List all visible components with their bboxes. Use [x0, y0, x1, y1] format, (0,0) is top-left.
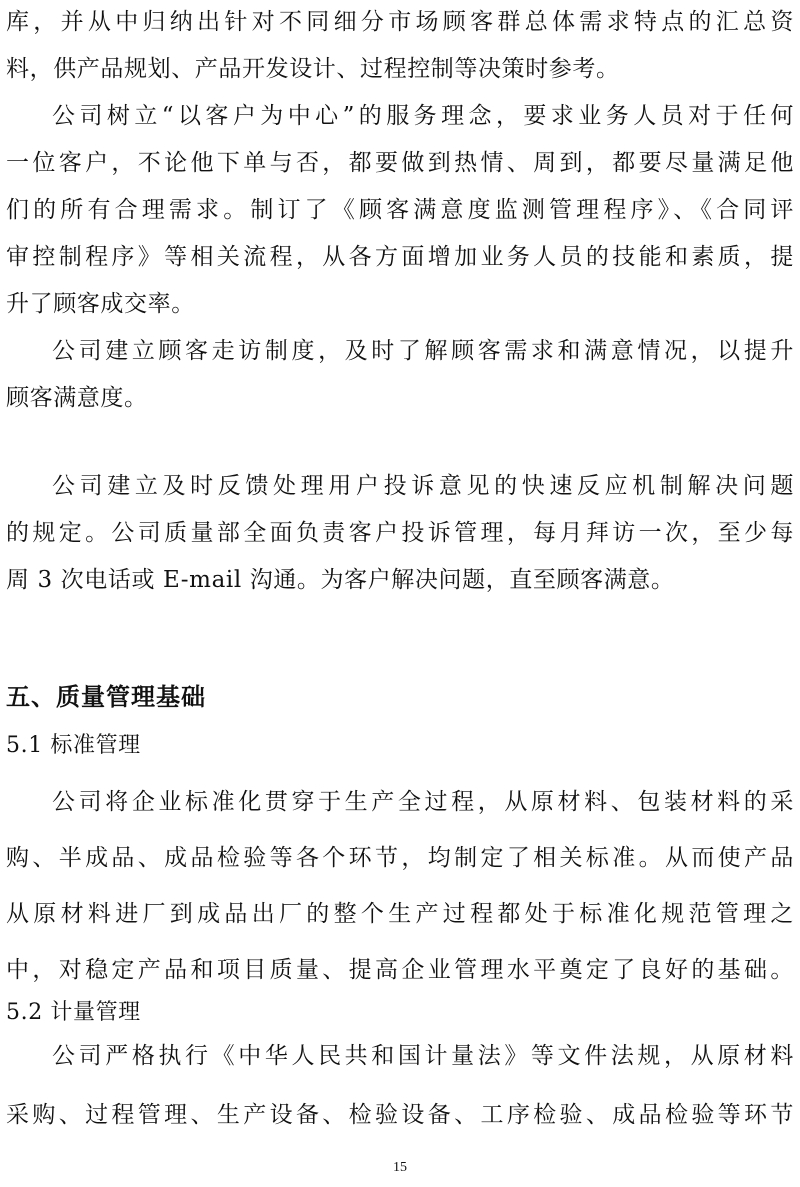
paragraph-line: 公司严格执行《中华人民共和国计量法》等文件法规，从原材料: [52, 1041, 794, 1071]
paragraph-line: 的规定。公司质量部全面负责客户投诉管理，每月拜访一次，至少每: [6, 518, 794, 548]
page-number: 15: [0, 1160, 800, 1176]
section-heading: 五、质量管理基础: [6, 681, 206, 713]
paragraph-line: 采购、过程管理、生产设备、检验设备、工序检验、成品检验等环节: [6, 1100, 794, 1130]
paragraph-line: 料，供产品规划、产品开发设计、过程控制等决策时参考。: [6, 54, 794, 84]
paragraph-line: 公司树立“以客户为中心”的服务理念，要求业务人员对于任何: [52, 101, 794, 131]
paragraph-line: 库，并从中归纳出针对不同细分市场顾客群总体需求特点的汇总资: [6, 7, 794, 37]
paragraph-line: 购、半成品、成品检验等各个环节，均制定了相关标准。从而使产品: [6, 843, 794, 873]
subsection-title: 5.2 计量管理: [6, 998, 794, 1028]
paragraph-line: 中，对稳定产品和项目质量、提高企业管理水平奠定了良好的基础。: [6, 955, 794, 985]
paragraph-line: 升了顾客成交率。: [6, 289, 794, 319]
paragraph-line: 一位客户，不论他下单与否，都要做到热情、周到，都要尽量满足他: [6, 148, 794, 178]
paragraph-line: 周 3 次电话或 E-mail 沟通。为客户解决问题，直至顾客满意。: [6, 565, 794, 595]
paragraph-line: 审控制程序》等相关流程，从各方面增加业务人员的技能和素质，提: [6, 242, 794, 272]
paragraph-line: 从原材料进厂到成品出厂的整个生产过程都处于标准化规范管理之: [6, 899, 794, 929]
paragraph-line: 顾客满意度。: [6, 383, 794, 413]
subsection-title: 5.1 标准管理: [6, 731, 794, 761]
paragraph-line: 公司建立及时反馈处理用户投诉意见的快速反应机制解决问题: [52, 471, 794, 501]
paragraph-line: 们的所有合理需求。制订了《顾客满意度监测管理程序》、《合同评: [6, 195, 794, 225]
paragraph-line: 公司建立顾客走访制度，及时了解顾客需求和满意情况，以提升: [52, 336, 794, 366]
paragraph-line: 公司将企业标准化贯穿于生产全过程，从原材料、包装材料的采: [52, 787, 794, 817]
